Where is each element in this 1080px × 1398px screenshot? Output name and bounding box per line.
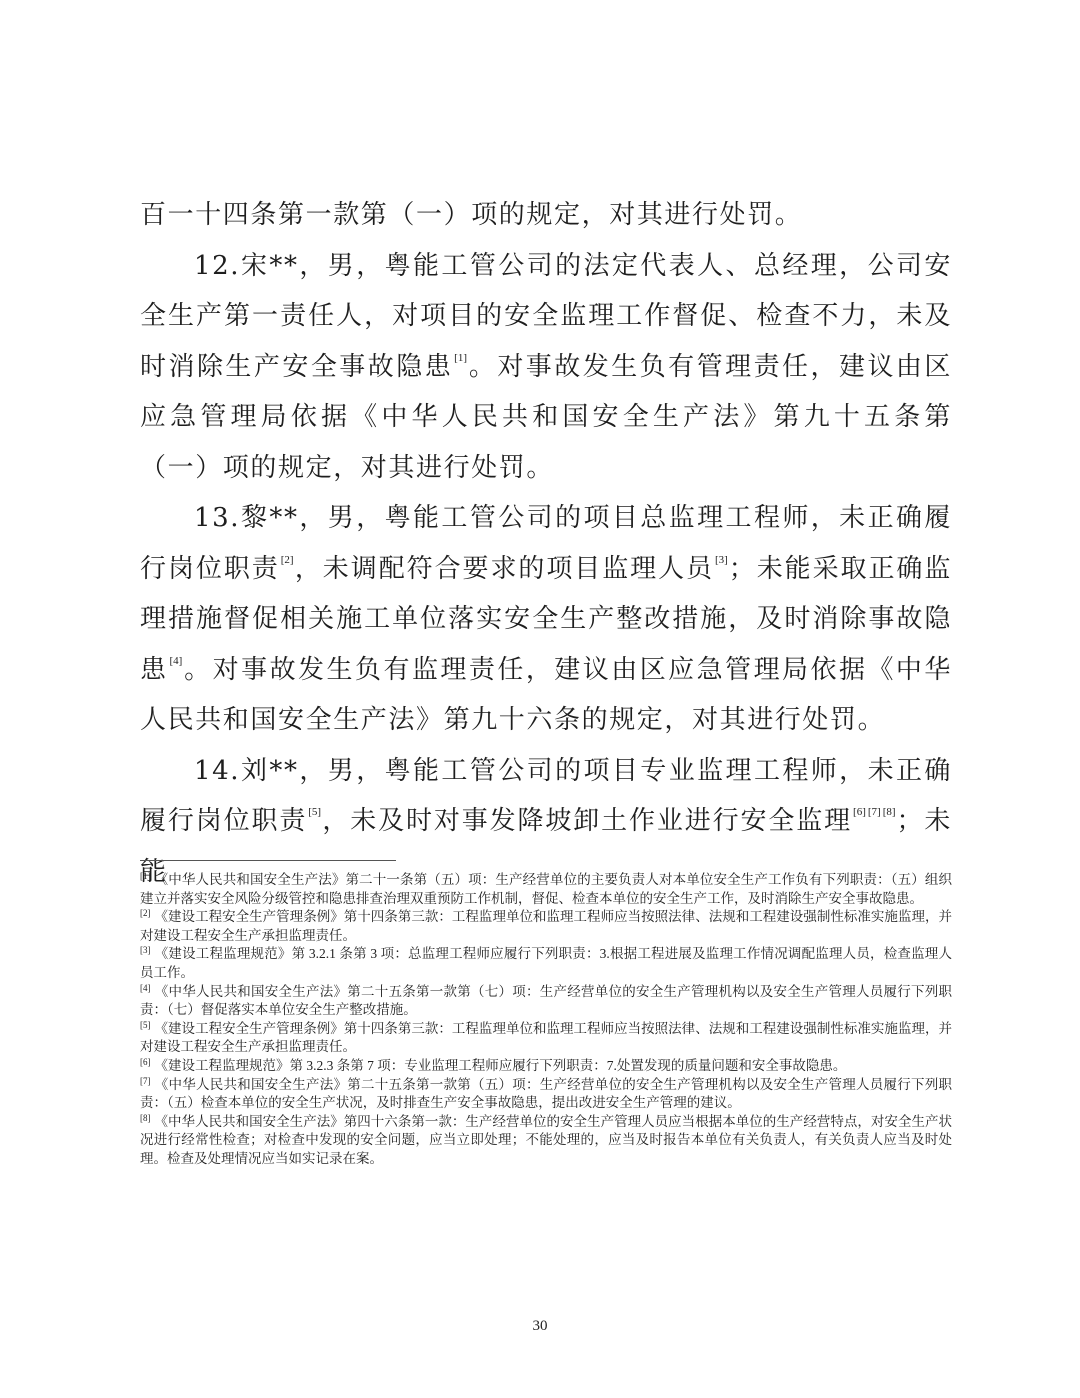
footnote-ref-2[interactable]: [2] (281, 554, 294, 566)
footnote-2: [2]《建设工程安全生产管理条例》第十四条第三款：工程监理单位和监理工程师应当按… (140, 908, 952, 945)
footnote-mark: [8] (140, 1113, 151, 1123)
footnote-1: [1]《中华人民共和国安全生产法》第二十一条第（五）项：生产经营单位的主要负责人… (140, 871, 952, 908)
paragraph-continuation: 百一十四条第一款第（一）项的规定，对其进行处罚。 (140, 190, 952, 241)
document-page: 百一十四条第一款第（一）项的规定，对其进行处罚。 12.宋**，男，粤能工管公司… (0, 0, 1080, 1398)
footnote-ref-7[interactable]: [7] (868, 806, 881, 818)
footnote-text: 《建设工程监理规范》第 3.2.1 条第 3 项：总监理工程师应履行下列职责：3… (140, 946, 952, 980)
footnote-text: 《中华人民共和国安全生产法》第二十一条第（五）项：生产经营单位的主要负责人对本单… (140, 872, 952, 906)
footnote-6: [6]《建设工程监理规范》第 3.2.3 条第 7 项：专业监理工程师应履行下列… (140, 1057, 952, 1076)
paragraph-item-13: 13.黎**，男，粤能工管公司的项目总监理工程师，未正确履行岗位职责[2]，未调… (140, 493, 952, 746)
paragraph-text: 。对事故发生负有监理责任，建议由区应急管理局依据《中华人民共和国安全生产法》第九… (140, 655, 952, 736)
footnote-3: [3]《建设工程监理规范》第 3.2.1 条第 3 项：总监理工程师应履行下列职… (140, 945, 952, 982)
footnote-4: [4]《中华人民共和国安全生产法》第二十五条第一款第（七）项：生产经营单位的安全… (140, 983, 952, 1020)
body-text: 百一十四条第一款第（一）项的规定，对其进行处罚。 12.宋**，男，粤能工管公司… (140, 190, 952, 897)
footnote-text: 《建设工程安全生产管理条例》第十四条第三款：工程监理单位和监理工程师应当按照法律… (140, 1021, 952, 1055)
footnote-mark: [5] (140, 1020, 151, 1030)
paragraph-item-12: 12.宋**，男，粤能工管公司的法定代表人、总经理，公司安全生产第一责任人，对项… (140, 241, 952, 494)
footnote-8: [8]《中华人民共和国安全生产法》第四十六条第一款：生产经营单位的安全生产管理人… (140, 1113, 952, 1169)
footnotes: [1]《中华人民共和国安全生产法》第二十一条第（五）项：生产经营单位的主要负责人… (140, 871, 952, 1169)
footnote-ref-1[interactable]: [1] (454, 352, 467, 364)
footnote-ref-8[interactable]: [8] (883, 806, 896, 818)
footnote-mark: [3] (140, 945, 151, 955)
footnote-ref-5[interactable]: [5] (308, 806, 321, 818)
footnote-text: 《建设工程监理规范》第 3.2.3 条第 7 项：专业监理工程师应履行下列职责：… (155, 1058, 847, 1073)
footnote-ref-6[interactable]: [6] (853, 806, 866, 818)
footnote-text: 《中华人民共和国安全生产法》第二十五条第一款第（五）项：生产经营单位的安全生产管… (140, 1077, 952, 1111)
footnote-ref-4[interactable]: [4] (169, 655, 182, 667)
footnote-text: 《中华人民共和国安全生产法》第二十五条第一款第（七）项：生产经营单位的安全生产管… (140, 984, 952, 1018)
footnote-mark: [6] (140, 1057, 151, 1067)
footnote-mark: [1] (140, 871, 151, 881)
footnote-ref-3[interactable]: [3] (715, 554, 728, 566)
page-number: 30 (0, 1318, 1080, 1335)
footnote-text: 《中华人民共和国安全生产法》第四十六条第一款：生产经营单位的安全生产管理人员应当… (140, 1114, 952, 1166)
footnote-mark: [2] (140, 908, 151, 918)
footnote-separator (140, 860, 396, 861)
footnote-text: 《建设工程安全生产管理条例》第十四条第三款：工程监理单位和监理工程师应当按照法律… (140, 909, 952, 943)
paragraph-text: ，未调配符合要求的项目监理人员 (295, 554, 714, 584)
paragraph-text: ，未及时对事发降坡卸土作业进行安全监理 (322, 806, 852, 836)
paragraph-text: 百一十四条第一款第（一）项的规定，对其进行处罚。 (140, 200, 802, 230)
footnote-5: [5]《建设工程安全生产管理条例》第十四条第三款：工程监理单位和监理工程师应当按… (140, 1020, 952, 1057)
footnote-7: [7]《中华人民共和国安全生产法》第二十五条第一款第（五）项：生产经营单位的安全… (140, 1076, 952, 1113)
footnote-mark: [4] (140, 983, 151, 993)
footnote-mark: [7] (140, 1076, 151, 1086)
